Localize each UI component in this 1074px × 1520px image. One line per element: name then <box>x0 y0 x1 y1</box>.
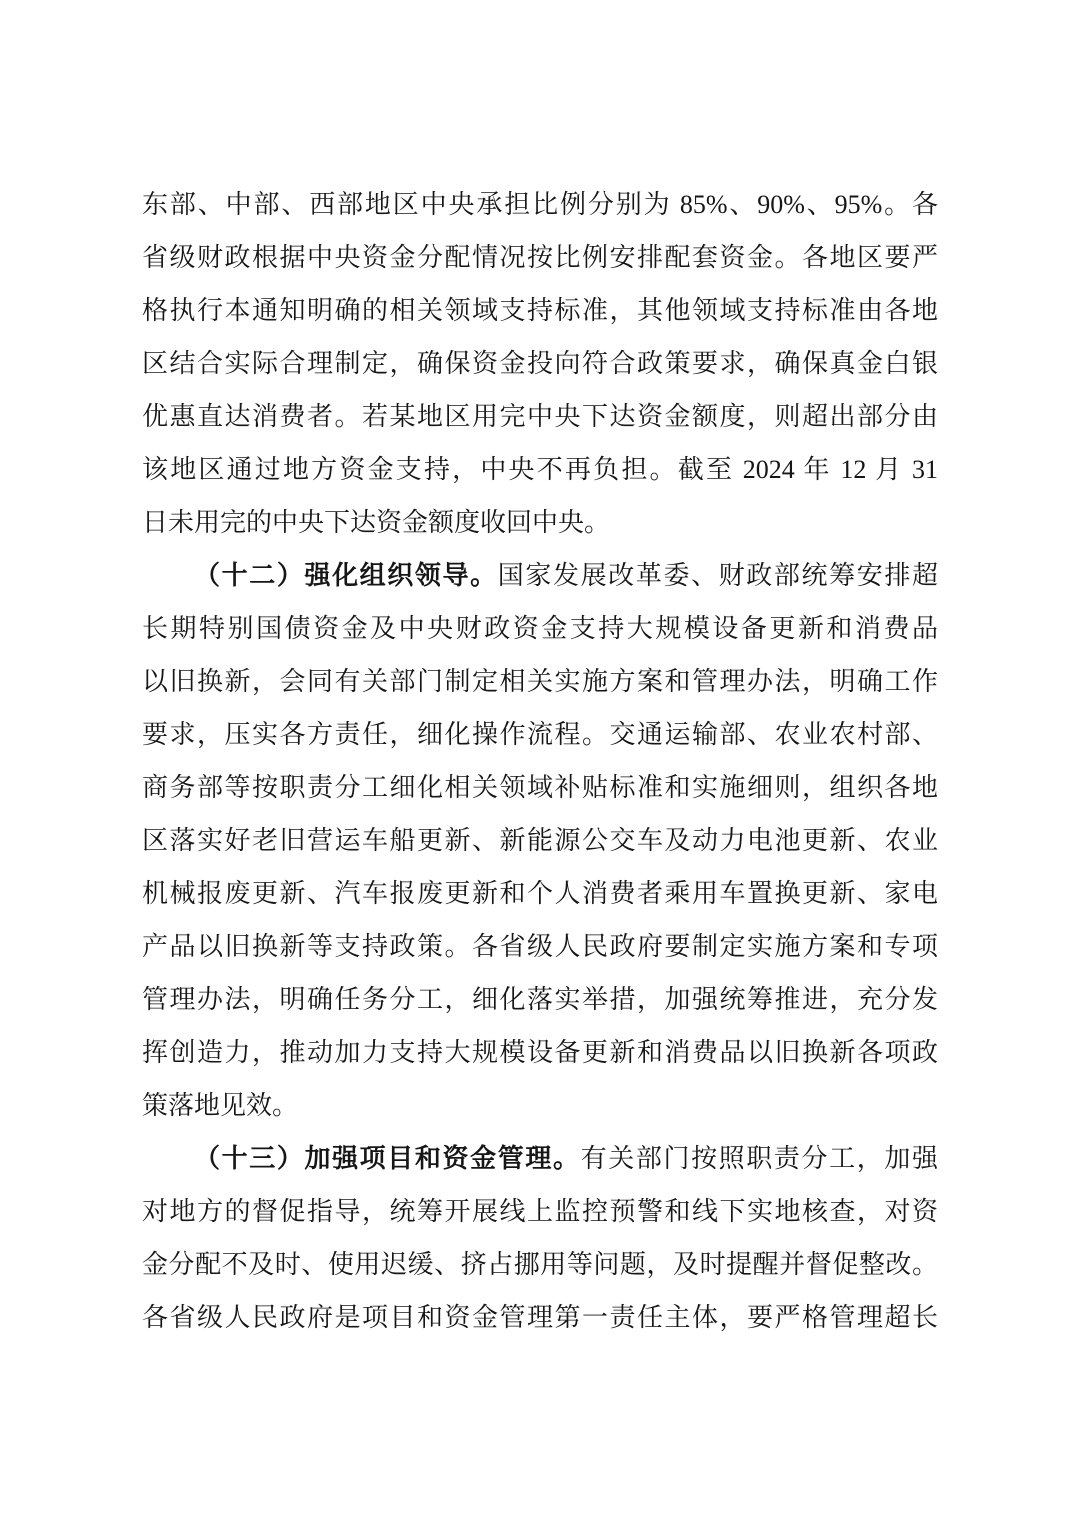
line-text: 格执行本通知明确的相关领域支持标准，其他领域支持标准由各地 <box>142 296 938 325</box>
line-text: 日未用完的中央下达资金额度收回中央。 <box>142 508 610 537</box>
document-line: 要求，压实各方责任，细化操作流程。交通运输部、农业农村部、 <box>142 708 938 761</box>
document-line: 管理办法，明确任务分工，细化落实举措，加强统筹推进，充分发 <box>142 973 938 1026</box>
document-line: 区落实好老旧营运车船更新、新能源公交车及动力电池更新、农业 <box>142 814 938 867</box>
document-line: 省级财政根据中央资金分配情况按比例安排配套资金。各地区要严 <box>142 231 938 284</box>
line-text: 长期特别国债资金及中央财政资金支持大规模设备更新和消费品 <box>142 614 938 643</box>
line-text: 国家发展改革委、财政部统筹安排超 <box>498 561 938 590</box>
document-line: 挥创造力，推动加力支持大规模设备更新和消费品以旧换新各项政 <box>142 1026 938 1079</box>
line-text: 各省级人民政府是项目和资金管理第一责任主体，要严格管理超长 <box>142 1303 938 1332</box>
line-text: 省级财政根据中央资金分配情况按比例安排配套资金。各地区要严 <box>142 243 938 272</box>
section-12: （十二）强化组织领导。国家发展改革委、财政部统筹安排超 长期特别国债资金及中央财… <box>142 549 938 1132</box>
section-13-heading: （十三）加强项目和资金管理。 <box>194 1144 581 1173</box>
line-text: 对地方的督促指导，统筹开展线上监控预警和线下实地核查，对资 <box>142 1197 938 1226</box>
line-text: 以旧换新，会同有关部门制定相关实施方案和管理办法，明确工作 <box>142 667 938 696</box>
document-line: 策落地见效。 <box>142 1079 938 1132</box>
line-text: 东部、中部、西部地区中央承担比例分别为 85%、90%、95%。各 <box>142 190 938 219</box>
document-line: 日未用完的中央下达资金额度收回中央。 <box>142 496 938 549</box>
document-line: 以旧换新，会同有关部门制定相关实施方案和管理办法，明确工作 <box>142 655 938 708</box>
document-line: 对地方的督促指导，统筹开展线上监控预警和线下实地核查，对资 <box>142 1185 938 1238</box>
line-text: 策落地见效。 <box>142 1091 298 1120</box>
document-line: 各省级人民政府是项目和资金管理第一责任主体，要严格管理超长 <box>142 1291 938 1344</box>
document-line: （十三）加强项目和资金管理。有关部门按照职责分工，加强 <box>142 1132 938 1185</box>
line-text: 有关部门按照职责分工，加强 <box>581 1144 938 1173</box>
line-text: 该地区通过地方资金支持，中央不再负担。截至 2024 年 12 月 31 <box>142 455 938 484</box>
line-text: 区结合实际合理制定，确保资金投向符合政策要求，确保真金白银 <box>142 349 938 378</box>
line-text: 商务部等按职责分工细化相关领域补贴标准和实施细则，组织各地 <box>142 773 938 802</box>
document-line: （十二）强化组织领导。国家发展改革委、财政部统筹安排超 <box>142 549 938 602</box>
line-text: 产品以旧换新等支持政策。各省级人民政府要制定实施方案和专项 <box>142 932 938 961</box>
document-line: 格执行本通知明确的相关领域支持标准，其他领域支持标准由各地 <box>142 284 938 337</box>
line-text: 金分配不及时、使用迟缓、挤占挪用等问题，及时提醒并督促整改。 <box>142 1250 938 1279</box>
document-page: 东部、中部、西部地区中央承担比例分别为 85%、90%、95%。各 省级财政根据… <box>0 0 1074 1520</box>
section-12-heading: （十二）强化组织领导。 <box>194 561 498 590</box>
section-13: （十三）加强项目和资金管理。有关部门按照职责分工，加强 对地方的督促指导，统筹开… <box>142 1132 938 1344</box>
document-text-block: 东部、中部、西部地区中央承担比例分别为 85%、90%、95%。各 省级财政根据… <box>142 178 938 1344</box>
document-line: 区结合实际合理制定，确保资金投向符合政策要求，确保真金白银 <box>142 337 938 390</box>
line-text: 区落实好老旧营运车船更新、新能源公交车及动力电池更新、农业 <box>142 826 938 855</box>
document-line: 商务部等按职责分工细化相关领域补贴标准和实施细则，组织各地 <box>142 761 938 814</box>
document-line: 金分配不及时、使用迟缓、挤占挪用等问题，及时提醒并督促整改。 <box>142 1238 938 1291</box>
document-line: 优惠直达消费者。若某地区用完中央下达资金额度，则超出部分由 <box>142 390 938 443</box>
paragraph-continued: 东部、中部、西部地区中央承担比例分别为 85%、90%、95%。各 省级财政根据… <box>142 178 938 549</box>
document-line: 产品以旧换新等支持政策。各省级人民政府要制定实施方案和专项 <box>142 920 938 973</box>
document-line: 该地区通过地方资金支持，中央不再负担。截至 2024 年 12 月 31 <box>142 443 938 496</box>
line-text: 机械报废更新、汽车报废更新和个人消费者乘用车置换更新、家电 <box>142 879 938 908</box>
line-text: 挥创造力，推动加力支持大规模设备更新和消费品以旧换新各项政 <box>142 1038 938 1067</box>
line-text: 管理办法，明确任务分工，细化落实举措，加强统筹推进，充分发 <box>142 985 938 1014</box>
line-text: 要求，压实各方责任，细化操作流程。交通运输部、农业农村部、 <box>142 720 938 749</box>
document-line: 长期特别国债资金及中央财政资金支持大规模设备更新和消费品 <box>142 602 938 655</box>
document-line: 机械报废更新、汽车报废更新和个人消费者乘用车置换更新、家电 <box>142 867 938 920</box>
line-text: 优惠直达消费者。若某地区用完中央下达资金额度，则超出部分由 <box>142 402 938 431</box>
document-line: 东部、中部、西部地区中央承担比例分别为 85%、90%、95%。各 <box>142 178 938 231</box>
